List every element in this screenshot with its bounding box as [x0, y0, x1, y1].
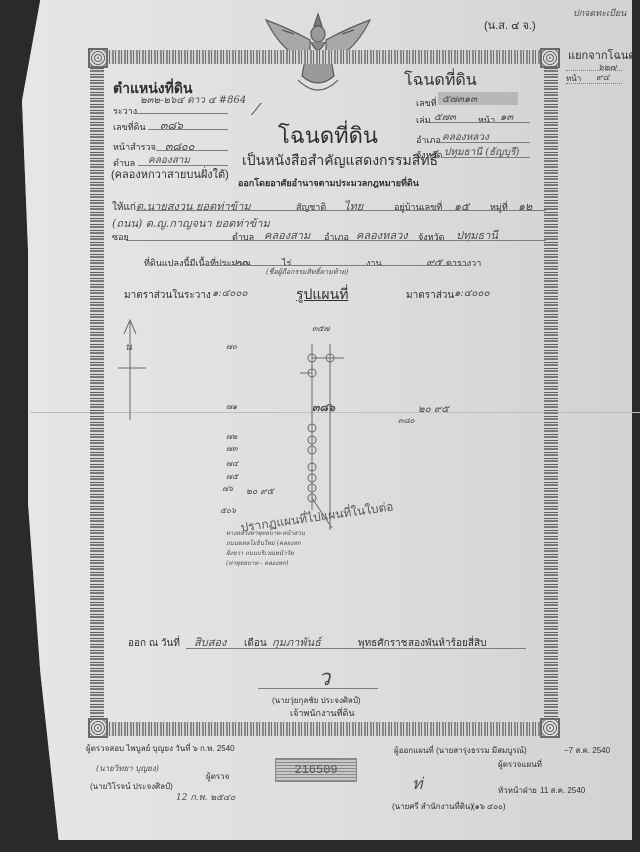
map-neighbor-left-4: ๗๔	[226, 457, 238, 470]
map-neighbor-left-3: ๗๓	[226, 442, 237, 455]
corner-ornament-icon	[540, 718, 560, 738]
footer-right-line2: ผู้ตรวจแผนที่	[498, 758, 542, 771]
owner-amphoe: คลองหลวง	[356, 226, 408, 244]
form-code: (น.ส. ๔ จ.)	[484, 16, 536, 34]
field-line	[440, 142, 530, 143]
footer-right-signer: (นายศรี สำนักงานที่ดิน)	[392, 800, 473, 813]
province-label: จังหวัด	[416, 148, 443, 162]
split-from-page: ๙๔	[596, 70, 609, 84]
area-sq-wa-label: ตารางวา	[446, 256, 481, 270]
footer-left-date: 12 ก.พ. ๒๕๔๐	[176, 790, 235, 804]
field-line	[442, 157, 530, 158]
issue-date-label: ออก ณ วันที่	[128, 636, 180, 651]
owner-tambon-label: ตำบล	[232, 230, 254, 244]
soi-label: ซอย	[112, 230, 129, 244]
north-arrow-label: น	[125, 340, 132, 355]
handwritten-mark: ⁄	[255, 100, 258, 119]
owner-amphoe-label: อำเภอ	[324, 230, 349, 244]
border-pattern-bottom	[106, 722, 542, 736]
footer-right-line3: หัวหน้าฝ่าย	[498, 784, 537, 797]
deed-number-label: เลขที่	[416, 96, 437, 110]
book-label: เล่ม	[416, 113, 431, 127]
amphoe-label: อำเภอ	[416, 133, 441, 147]
survey-sheet-label: ระวาง	[113, 104, 137, 118]
field-line	[136, 113, 228, 114]
footer-right-code: (๑๖ ๔๐๐)	[472, 800, 506, 813]
map-parcel-area-left: ๒๐ ๙๕	[246, 484, 274, 498]
deed-subtitle: เป็นหนังสือสำคัญแสดงกรรมสิทธิ์	[242, 150, 438, 172]
map-neighbor-left-0: ๗๐	[226, 340, 237, 353]
field-line	[186, 648, 526, 649]
canal-note: (คลองหกวาสายบนฝั่งใต้)	[111, 165, 229, 183]
issued-by: ออกโดยอาศัยอำนาจตามประมวลกฎหมายที่ดิน	[238, 176, 419, 190]
serial-number: 216509	[275, 758, 357, 782]
nationality-label: สัญชาติ	[296, 200, 326, 214]
deed-title: โฉนดที่ดิน	[278, 118, 378, 153]
deed-number-value: ๕๗๓๑๓	[438, 92, 518, 105]
area-note: (ชื่อผู้ถือกรรมสิทธิ์ตามท้าย)	[266, 267, 348, 278]
border-pattern-left	[90, 66, 104, 720]
signature-line	[258, 688, 378, 689]
split-from-divider	[566, 70, 622, 71]
parcel-no-value: ๓๘๖	[160, 116, 183, 134]
map-scale-value: ๑:๔๐๐๐	[454, 286, 490, 301]
field-line	[156, 150, 228, 151]
map-note-2: ฝั่งขวา ถนนบริเวณหน้าวัด	[226, 548, 294, 558]
owner-province: ปทุมธานี	[456, 226, 498, 244]
map-neighbor-left-7: ๕๐๖	[220, 504, 236, 517]
footer-right-line1: ผู้ออกแผนที่ (นายสารุ่งธรรม มีสมบูรณ์)	[394, 744, 527, 757]
survey-page-label: หน้าสำรวจ	[113, 140, 156, 154]
house-number: ๑๕	[454, 197, 469, 215]
field-line	[430, 122, 530, 123]
field-line	[126, 240, 546, 241]
parcel-no-label: เลขที่ดิน	[113, 120, 146, 134]
map-parcel-area-right: ๒๐ ๙๕	[418, 402, 449, 417]
given-to-label: ให้แก่	[112, 200, 136, 215]
owner-province-label: จังหวัด	[418, 230, 445, 244]
moo-value: ๑๒	[518, 197, 532, 215]
corner-ornament-icon	[88, 48, 108, 68]
corner-ornament-icon	[88, 718, 108, 738]
owner-name: ด.นายสงวน ยอดท่าข้าม	[136, 197, 251, 215]
footer-left-checker: ผู้ตรวจ	[206, 770, 229, 783]
official-signature: ว	[318, 660, 330, 695]
field-line	[136, 210, 546, 211]
area-rai: ๒๐	[234, 253, 248, 271]
footer-left-line2: (นายวิทยา บุญยง)	[96, 762, 159, 775]
signatory-title: เจ้าพนักงานที่ดิน	[290, 706, 354, 720]
map-note-3: (ท่าพุทธบาท - คลองหก)	[226, 558, 288, 568]
field-line	[210, 265, 470, 266]
map-parcel-label: ๓๘๖	[312, 398, 335, 416]
footer-left-line1: ผู้ตรวจสอบ ไพบูลย์ บุญยง วันที่ ๖ ก.พ. 2…	[86, 742, 235, 755]
area-sq-wa: ๙๕	[426, 253, 442, 271]
address-label: อยู่บ้านเลขที่	[394, 200, 442, 214]
split-from-divider	[566, 83, 622, 84]
sheet-scale-value: ๑:๔๐๐๐	[212, 286, 248, 301]
deed-block-title: โฉนดที่ดิน	[404, 68, 477, 93]
map-note-1: ถนนพหลโยธินใหม่ (คลองหก	[226, 538, 301, 548]
map-top-neighbor: ๓๕๗	[312, 322, 330, 335]
top-right-note: ปกจดทะเบียน	[573, 6, 626, 20]
map-neighbor-left-1: ๗๑	[226, 400, 237, 413]
location-handwritten-ref: ๒๓๒-๒๖๔ ดาว ๔ #864	[140, 93, 246, 108]
footer-right-signature: ท่	[412, 772, 423, 797]
moo-label: หมู่ที่	[490, 200, 508, 214]
area-ngan-label: งาน	[366, 256, 382, 270]
footer-right-date1: −7 ส.ค. 2540	[564, 744, 610, 757]
field-line	[148, 129, 228, 130]
nationality-value: ไทย	[344, 197, 363, 215]
corner-ornament-icon	[540, 48, 560, 68]
footer-left-line3: (นายวิโรจน์ ประจงศิลป์)	[90, 780, 173, 793]
footer-right-date2: 11 ส.ค. 2540	[540, 784, 585, 797]
map-note-0: ทางหลวงท่าพุทธบาท-หน้าสวน	[226, 528, 305, 538]
map-neighbor-right: ๓๘๐	[398, 414, 415, 427]
owner-tambon: คลองสาม	[264, 226, 310, 244]
deed-page-label: หน้า	[478, 113, 495, 127]
border-pattern-top	[106, 50, 542, 64]
map-neighbor-left-6: ๗๖	[222, 482, 233, 495]
